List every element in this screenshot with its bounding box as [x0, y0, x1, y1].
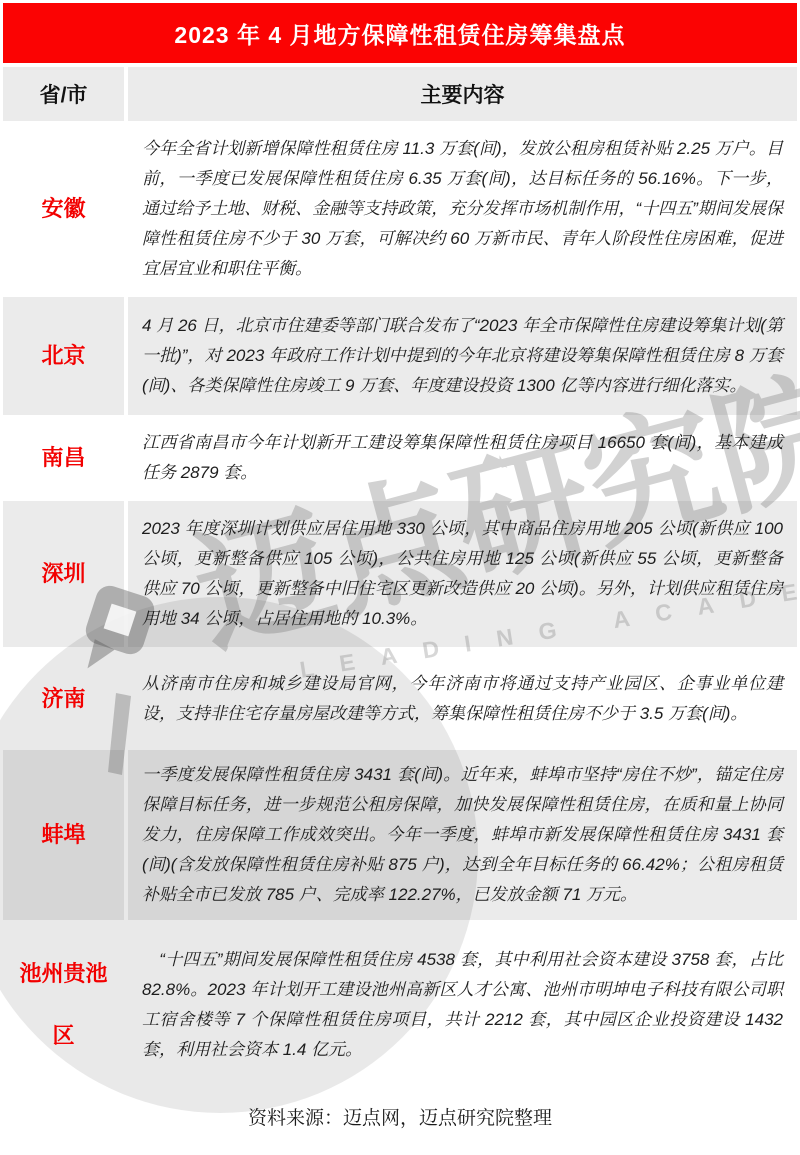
content-cell: 从济南市住房和城乡建设局官网，今年济南市将通过支持产业园区、企事业单位建设，支持…	[128, 651, 797, 746]
table-row: 济南 从济南市住房和城乡建设局官网，今年济南市将通过支持产业园区、企事业单位建设…	[3, 651, 797, 746]
region-content: “十四五”期间发展保障性租赁住房 4538 套，其中利用社会资本建设 3758 …	[142, 945, 783, 1065]
region-content: 2023 年度深圳计划供应居住用地 330 公顷，其中商品住房用地 205 公顷…	[142, 514, 783, 634]
table-row: 蚌埠 一季度发展保障性租赁住房 3431 套(间)。近年来，蚌埠市坚持“房住不炒…	[3, 750, 797, 920]
region-label: 蚌埠	[41, 804, 85, 866]
region-cell: 北京	[3, 297, 124, 415]
table-row: 池州贵池区 “十四五”期间发展保障性租赁住房 4538 套，其中利用社会资本建设…	[3, 924, 797, 1085]
content-cell: 一季度发展保障性租赁住房 3431 套(间)。近年来，蚌埠市坚持“房住不炒”，锚…	[128, 750, 797, 920]
table-row: 南昌 江西省南昌市今年计划新开工建设筹集保障性租赁住房项目 16650 套(间)…	[3, 419, 797, 497]
region-content: 从济南市住房和城乡建设局官网，今年济南市将通过支持产业园区、企事业单位建设，支持…	[142, 669, 783, 729]
table-row: 安徽 今年全省计划新增保障性租赁住房 11.3 万套(间)，发放公租房租赁补贴 …	[3, 125, 797, 293]
table: 省/市 主要内容 安徽 今年全省计划新增保障性租赁住房 11.3 万套(间)，发…	[3, 67, 797, 1085]
page: 2023 年 4 月地方保障性租赁住房筹集盘点 省/市 主要内容 安徽 今年全省…	[0, 0, 800, 1155]
region-cell: 安徽	[3, 125, 124, 293]
region-cell: 南昌	[3, 419, 124, 497]
title-banner: 2023 年 4 月地方保障性租赁住房筹集盘点	[3, 3, 797, 63]
region-label: 池州贵池区	[11, 943, 116, 1067]
page-title: 2023 年 4 月地方保障性租赁住房筹集盘点	[174, 17, 625, 50]
region-label: 北京	[41, 325, 85, 387]
content-cell: 4 月 26 日，北京市住建委等部门联合发布了“2023 年全市保障性住房建设筹…	[128, 297, 797, 415]
column-header-content-cell: 主要内容	[128, 67, 797, 121]
content-cell: 今年全省计划新增保障性租赁住房 11.3 万套(间)，发放公租房租赁补贴 2.2…	[128, 125, 797, 293]
region-content: 4 月 26 日，北京市住建委等部门联合发布了“2023 年全市保障性住房建设筹…	[142, 311, 783, 401]
region-label: 安徽	[41, 178, 85, 240]
region-label: 济南	[41, 668, 85, 730]
column-header-region: 省/市	[40, 79, 88, 109]
table-header-row: 省/市 主要内容	[3, 67, 797, 121]
content-cell: 2023 年度深圳计划供应居住用地 330 公顷，其中商品住房用地 205 公顷…	[128, 501, 797, 647]
region-cell: 深圳	[3, 501, 124, 647]
region-label: 南昌	[41, 427, 85, 489]
region-cell: 蚌埠	[3, 750, 124, 920]
source-note-text: 资料来源：迈点网，迈点研究院整理	[248, 1108, 552, 1129]
region-content: 今年全省计划新增保障性租赁住房 11.3 万套(间)，发放公租房租赁补贴 2.2…	[142, 134, 783, 284]
column-header-content: 主要内容	[421, 79, 505, 109]
content-cell: “十四五”期间发展保障性租赁住房 4538 套，其中利用社会资本建设 3758 …	[128, 924, 797, 1085]
region-content: 江西省南昌市今年计划新开工建设筹集保障性租赁住房项目 16650 套(间)，基本…	[142, 428, 783, 488]
region-label: 深圳	[41, 543, 85, 605]
region-cell: 济南	[3, 651, 124, 746]
table-row: 北京 4 月 26 日，北京市住建委等部门联合发布了“2023 年全市保障性住房…	[3, 297, 797, 415]
source-note: 资料来源：迈点网，迈点研究院整理	[0, 1103, 800, 1130]
table-row: 深圳 2023 年度深圳计划供应居住用地 330 公顷，其中商品住房用地 205…	[3, 501, 797, 647]
column-header-region-cell: 省/市	[3, 67, 124, 121]
region-cell: 池州贵池区	[3, 924, 124, 1085]
content-cell: 江西省南昌市今年计划新开工建设筹集保障性租赁住房项目 16650 套(间)，基本…	[128, 419, 797, 497]
region-content: 一季度发展保障性租赁住房 3431 套(间)。近年来，蚌埠市坚持“房住不炒”，锚…	[142, 760, 783, 910]
